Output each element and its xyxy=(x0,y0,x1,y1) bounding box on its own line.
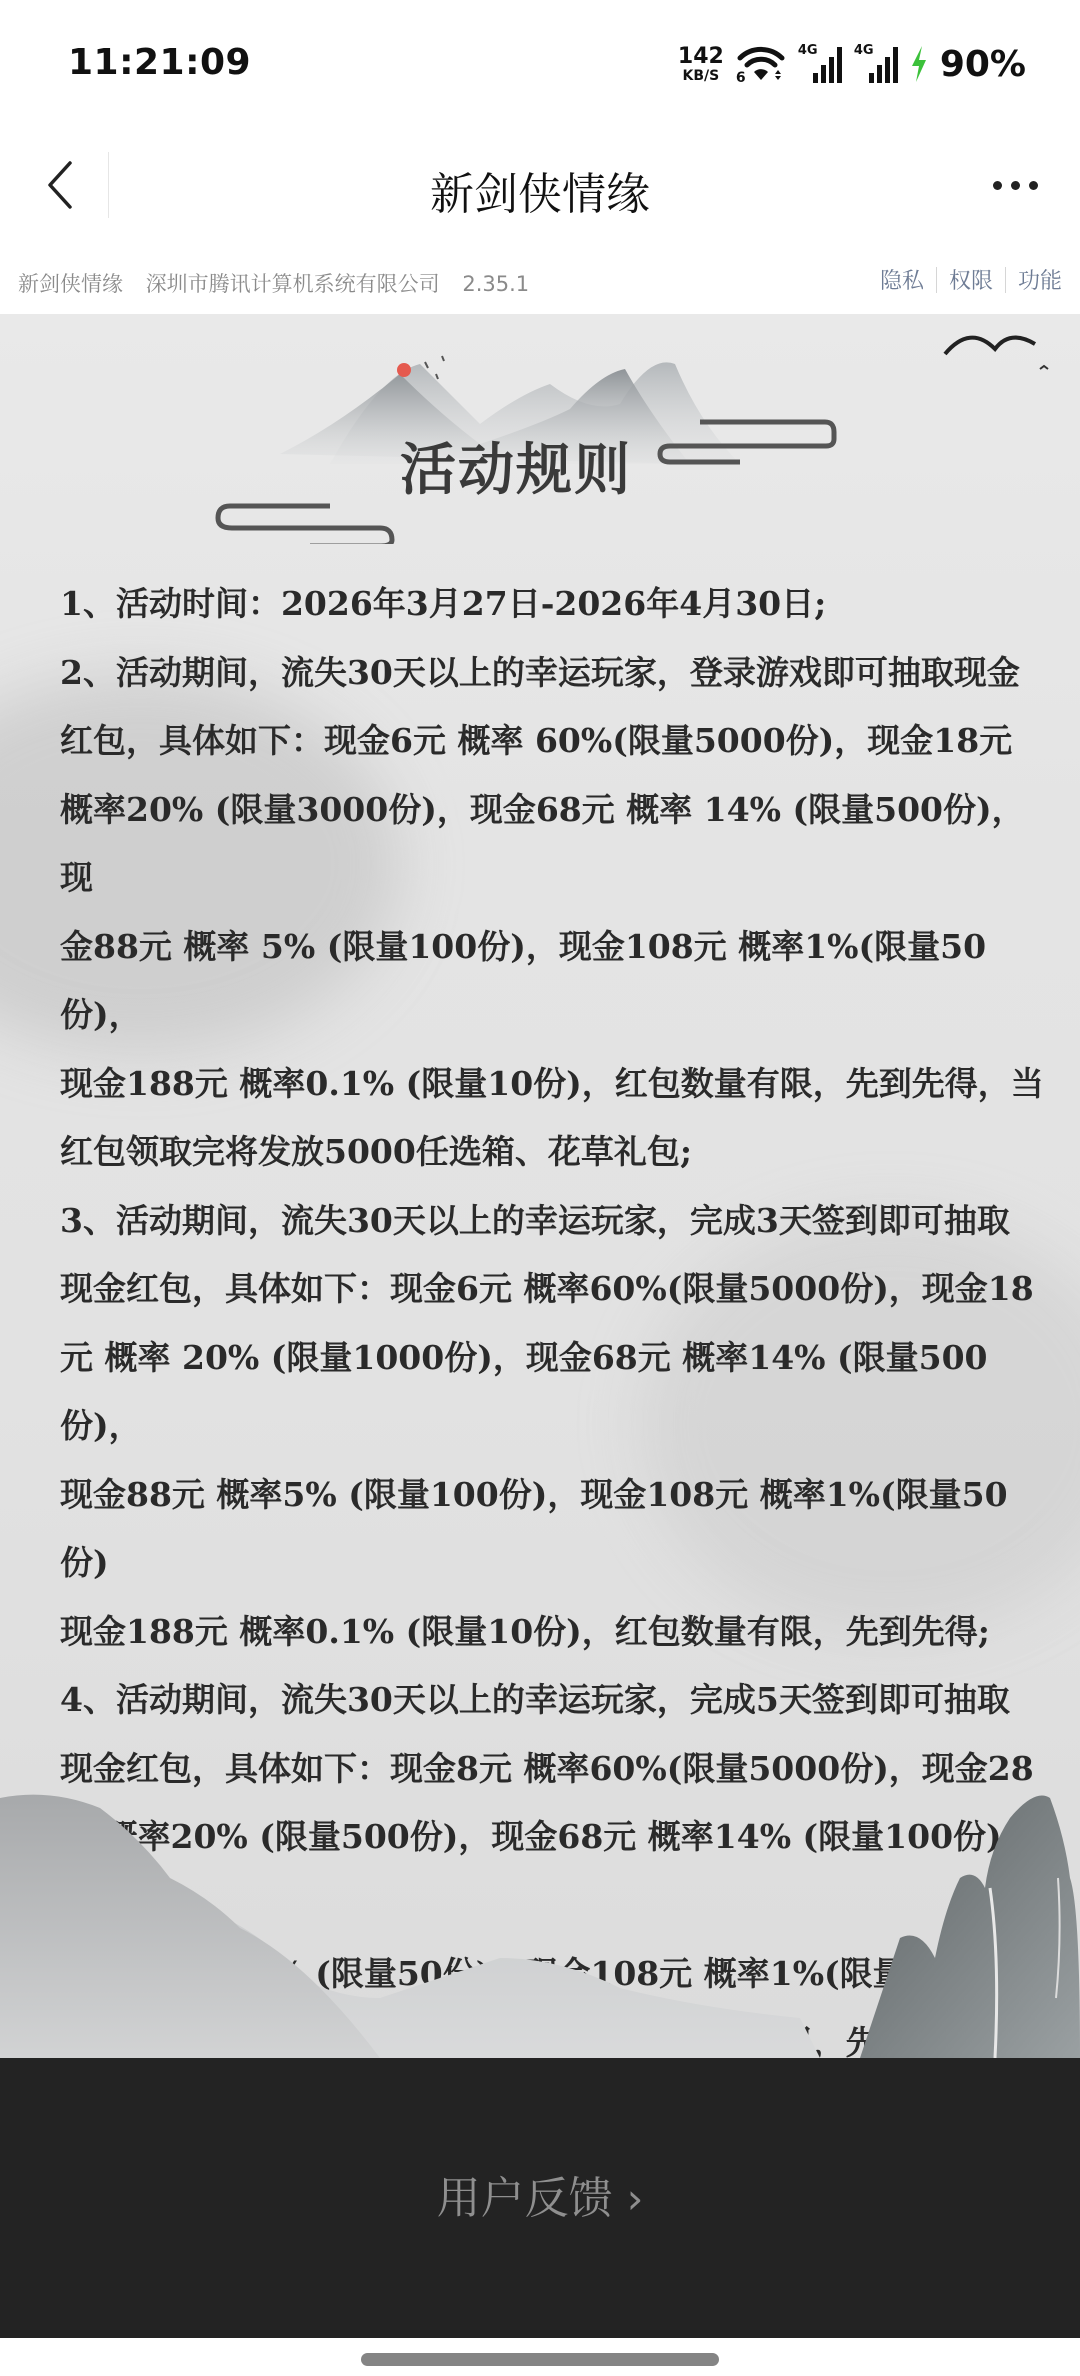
more-dot xyxy=(1029,181,1038,190)
network-speed: 142 KB/S xyxy=(678,46,724,83)
wifi-standard-label: 6 xyxy=(736,70,746,86)
rules-title: 活动规则 xyxy=(400,426,632,506)
network-speed-unit: KB/S xyxy=(683,69,720,83)
page-title: 新剑侠情缘 xyxy=(0,158,1080,222)
developer-name: 深圳市腾讯计算机系统有限公司 xyxy=(146,272,440,296)
rules-line: 3、活动期间，流失30天以上的幸运玩家，完成3天签到即可抽取 xyxy=(60,1187,1050,1256)
more-horizontal-icon xyxy=(993,181,1002,190)
home-indicator[interactable] xyxy=(361,2353,719,2366)
cellular-signal-icon-sim2: 4G xyxy=(854,45,898,83)
rules-line: 概率20% (限量3000份)，现金68元 概率 14% (限量500份)，现 xyxy=(60,776,1050,913)
cellular-signal-icon-sim1: 4G xyxy=(798,45,842,83)
rules-line: 金88元 概率 5% (限量100份)，现金108元 概率1%(限量50份)， xyxy=(60,913,1050,1050)
charging-bolt-icon xyxy=(910,46,928,82)
permissions-link[interactable]: 权限 xyxy=(937,264,1005,295)
status-icons: 142 KB/S 6 4G 4G 90% xyxy=(678,44,1026,84)
features-link[interactable]: 功能 xyxy=(1006,264,1062,295)
rules-line: 1、活动时间：2026年3月27日-2026年4月30日; xyxy=(60,570,1050,639)
status-bar: 11:21:09 142 KB/S 6 4G 4G 90% xyxy=(0,0,1080,130)
chevron-right-icon: › xyxy=(627,2174,644,2223)
network-speed-value: 142 xyxy=(678,46,724,68)
ink-mountain-landscape xyxy=(0,1758,1080,2058)
rules-line: 2、活动期间，流失30天以上的幸运玩家，登录游戏即可抽取现金 xyxy=(60,639,1050,708)
more-button[interactable] xyxy=(980,160,1050,210)
rules-line: 红包领取完将发放5000任选箱、花草礼包; xyxy=(60,1118,1050,1187)
battery-percent: 90% xyxy=(940,44,1026,85)
rules-line: 元 概率 20% (限量1000份)，现金68元 概率14% (限量500份)， xyxy=(60,1324,1050,1461)
rules-line: 现金188元 概率0.1% (限量10份)，红包数量有限，先到先得，当 xyxy=(60,1050,1050,1119)
more-dot xyxy=(1011,181,1020,190)
app-name: 新剑侠情缘 xyxy=(18,272,123,296)
rules-line: 4、活动期间，流失30天以上的幸运玩家，完成5天签到即可抽取 xyxy=(60,1666,1050,1735)
user-feedback-label: 用户反馈 xyxy=(437,2173,613,2224)
nav-bar: 新剑侠情缘 xyxy=(0,130,1080,242)
app-version: 2.35.1 xyxy=(462,272,529,296)
footer: 用户反馈› xyxy=(0,2058,1080,2338)
rules-line: 现金红包，具体如下：现金6元 概率60%(限量5000份)，现金18 xyxy=(60,1255,1050,1324)
info-links: 隐私 权限 功能 xyxy=(868,264,1062,295)
gesture-bar-area xyxy=(0,2338,1080,2376)
user-feedback-button[interactable]: 用户反馈› xyxy=(0,2162,1080,2226)
activity-rules-image: 活动规则 1、活动时间：2026年3月27日-2026年4月30日; 2、活动期… xyxy=(0,314,1080,2058)
rules-line: 现金188元 概率0.1% (限量10份)，红包数量有限，先到先得; xyxy=(60,1598,1050,1667)
privacy-link[interactable]: 隐私 xyxy=(868,264,936,295)
app-info: 新剑侠情缘 深圳市腾讯计算机系统有限公司 2.35.1 xyxy=(18,268,545,298)
status-time: 11:21:09 xyxy=(68,42,251,83)
app-info-bar: 新剑侠情缘 深圳市腾讯计算机系统有限公司 2.35.1 隐私 权限 功能 xyxy=(0,242,1080,314)
rules-line: 红包，具体如下：现金6元 概率 60%(限量5000份)，现金18元 xyxy=(60,707,1050,776)
red-sun xyxy=(397,363,411,377)
rules-line: 现金88元 概率5% (限量100份)，现金108元 概率1%(限量50份) xyxy=(60,1461,1050,1598)
wifi-icon: 6 xyxy=(736,44,786,84)
